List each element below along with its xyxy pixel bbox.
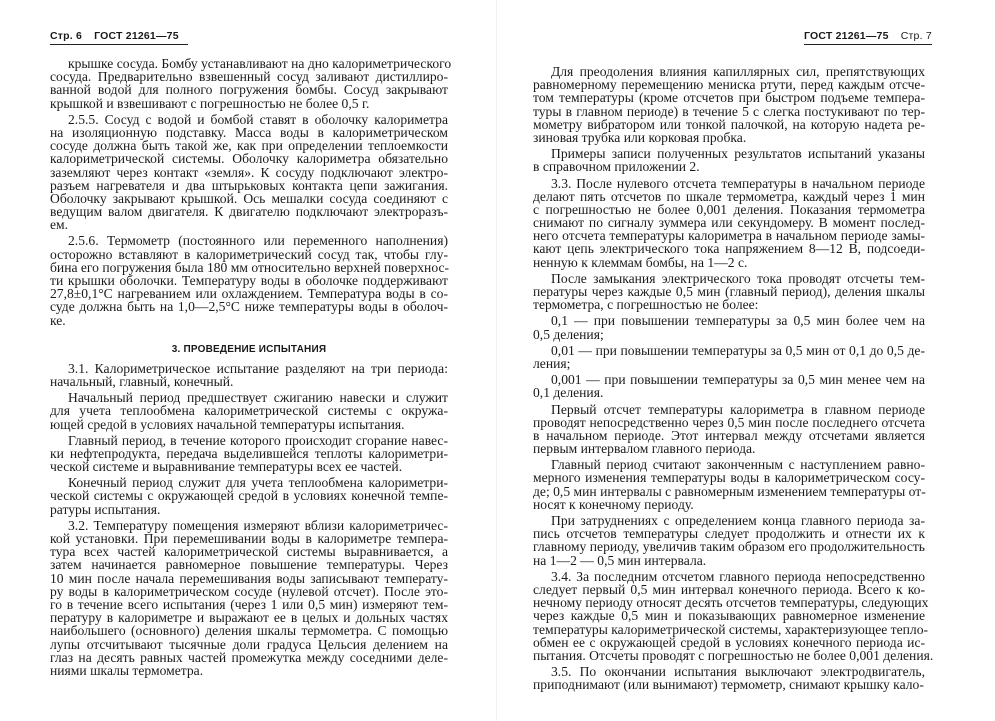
text-line: Главный период, в течение которого проис… [50, 434, 448, 447]
paragraph: крышке сосуда. Бомбу устанавливают на дн… [50, 57, 448, 110]
text-line: ратуры испытания. [50, 503, 448, 516]
paragraph: Конечный период служит для учета теплооб… [50, 476, 448, 516]
text-line: 2.5.5. Сосуд с водой и бомбой ставят в о… [50, 113, 448, 126]
paragraph: 2.5.6. Термометр (постоянного или переме… [50, 234, 448, 326]
right-page-header: ГОСТ 21261—75 Стр. 7 [804, 30, 932, 45]
right-page-body: Для преодоления влияния капиллярных сил,… [533, 65, 925, 691]
text-line: пытания. Отсчеты проводят с погрешностью… [533, 649, 925, 662]
text-line: 0,01 — при повышении температуры за 0,5 … [533, 344, 925, 357]
text-line: ческой системе и выравнивание температур… [50, 460, 448, 473]
paragraph: При затруднениях с определением конца гл… [533, 514, 925, 567]
text-line: туры в главном периоде) в течение 5 с сл… [533, 105, 925, 118]
section-heading: 3. ПРОВЕДЕНИЕ ИСПЫТАНИЯ [50, 343, 448, 356]
text-line: 10 мин после начала перемешивания воды з… [50, 572, 448, 585]
text-line: 2.5.6. Термометр (постоянного или переме… [50, 234, 448, 247]
text-line: первым интервалом главного периода. [533, 442, 925, 455]
text-line: суде должна быть на 1,0—2,5°С ниже темпе… [50, 300, 448, 313]
paragraph: 3.4. За последним отсчетом главного пери… [533, 570, 925, 662]
text-line: обмен ее с окружающей средой в условиях … [533, 636, 925, 649]
text-line: ведущим валом двигателя. К двигателю под… [50, 205, 448, 218]
text-line: в справочном приложении 2. [533, 160, 925, 173]
text-line: делают пять отсчетов по шкале термометра… [533, 190, 925, 203]
paragraph: 0,01 — при повышении температуры за 0,5 … [533, 344, 925, 370]
text-line: заземляют через контакт «земля». К сосуд… [50, 166, 448, 179]
text-line: ления; [533, 357, 925, 370]
text-line: главному периоду, увеличив таким образом… [533, 540, 925, 553]
text-line: крышкой и взвешивают с погрешностью не б… [50, 97, 448, 110]
text-line: через каждые 0,5 мин и показывающих равн… [533, 609, 925, 622]
text-line: для учета теплообмена калориметрической … [50, 404, 448, 417]
text-line: 0,1 деления. [533, 386, 925, 399]
text-line: начальный, главный, конечный. [50, 375, 448, 388]
paragraph: 3.5. По окончании испытания выключают эл… [533, 665, 925, 691]
text-line: температуры калориметрической системы, х… [533, 623, 925, 636]
text-line: ке. [50, 314, 448, 327]
text-line: мерного изменения температуры воды в кал… [533, 471, 925, 484]
text-line: наибольшего (основного) деления шкалы те… [50, 624, 448, 637]
section-spacer [50, 327, 448, 341]
text-line: том температуры (кроме отсчетов при быст… [533, 91, 925, 104]
text-line: 0,5 деления; [533, 328, 925, 341]
text-line: термометра, с погрешностью не более: [533, 298, 925, 311]
text-line: ниями шкалы термометра. [50, 664, 448, 677]
text-line: затем начинается равномерное повышение т… [50, 558, 448, 571]
paragraph: 3.1. Калориметрическое испытание разделя… [50, 362, 448, 388]
page-number: Стр. 6 [50, 30, 82, 42]
page-number: Стр. 7 [901, 30, 932, 42]
paragraph: Первый отсчет температуры калориметра в … [533, 403, 925, 456]
left-page: Стр. 6 ГОСТ 21261—75 крышке сосуда. Бомб… [0, 0, 497, 721]
text-line: ванной водой для полного погружения бомб… [50, 83, 448, 96]
text-line: ем. [50, 218, 448, 231]
paragraph: 3.2. Температуру помещения измеряют вбли… [50, 519, 448, 677]
text-line: 3.3. После нулевого отсчета температуры … [533, 177, 925, 190]
text-line: ненную к клеммам бомбы, на 1—2 с. [533, 256, 925, 269]
text-line: разъем нагревателя и два штырьковых конт… [50, 179, 448, 192]
paragraph: После замыкания электрического тока пров… [533, 272, 925, 312]
paragraph: Для преодоления влияния капиллярных сил,… [533, 65, 925, 144]
text-line: кают цепь электрического тока напряжение… [533, 242, 925, 255]
paragraph: 0,1 — при повышении температуры за 0,5 м… [533, 314, 925, 340]
text-line: ющей средой в условиях начальной темпера… [50, 418, 448, 431]
paragraph: Примеры записи полученных результатов ис… [533, 147, 925, 173]
text-line: 3.1. Калориметрическое испытание разделя… [50, 362, 448, 375]
text-line: глаз на десять равных частей промежутка … [50, 651, 448, 664]
text-line: на 1—2 — 0,5 мин интервала. [533, 554, 925, 567]
text-line: носят к конечному периоду. [533, 498, 925, 511]
standard-number: ГОСТ 21261—75 [804, 30, 889, 42]
right-page: ГОСТ 21261—75 Стр. 7 Для преодоления вли… [497, 0, 995, 721]
paragraph: 3.3. После нулевого отсчета температуры … [533, 177, 925, 269]
text-line: 0,1 — при повышении температуры за 0,5 м… [533, 314, 925, 327]
text-line: осторожно вставляют в калориметрический … [50, 248, 448, 261]
paragraph: Главный период, в течение которого проис… [50, 434, 448, 474]
paragraph: Главный период считают законченным с нас… [533, 458, 925, 511]
paragraph: Начальный период предшествует сжиганию н… [50, 391, 448, 431]
standard-number: ГОСТ 21261—75 [94, 30, 179, 42]
left-page-body: крышке сосуда. Бомбу устанавливают на дн… [50, 57, 448, 677]
text-line: калориметрической системы. Оболочку кало… [50, 152, 448, 165]
text-line: 3.4. За последним отсчетом главного пери… [533, 570, 925, 583]
text-line: Первый отсчет температуры калориметра в … [533, 403, 925, 416]
text-line: ческой системы с окружающей средой в усл… [50, 489, 448, 502]
paragraph: 2.5.5. Сосуд с водой и бомбой ставят в о… [50, 113, 448, 232]
text-line: мометру вибратором или тонкой палочкой, … [533, 118, 925, 131]
text-line: ру воды в калориметрическом сосуде (нуле… [50, 585, 448, 598]
paragraph: 0,001 — при повышении температуры за 0,5… [533, 373, 925, 399]
left-page-header: Стр. 6 ГОСТ 21261—75 [50, 30, 188, 45]
text-line: проводят непосредственно через 0,5 мин п… [533, 416, 925, 429]
text-line: зиновая трубка или корковая пробка. [533, 131, 925, 144]
text-line: приподнимают (или вынимают) термометр, с… [533, 678, 925, 691]
text-line: де; 0,5 мин интервалы с равномерным изме… [533, 485, 925, 498]
text-line: лупы отсчитывают тысячные доли градуса Ц… [50, 638, 448, 651]
